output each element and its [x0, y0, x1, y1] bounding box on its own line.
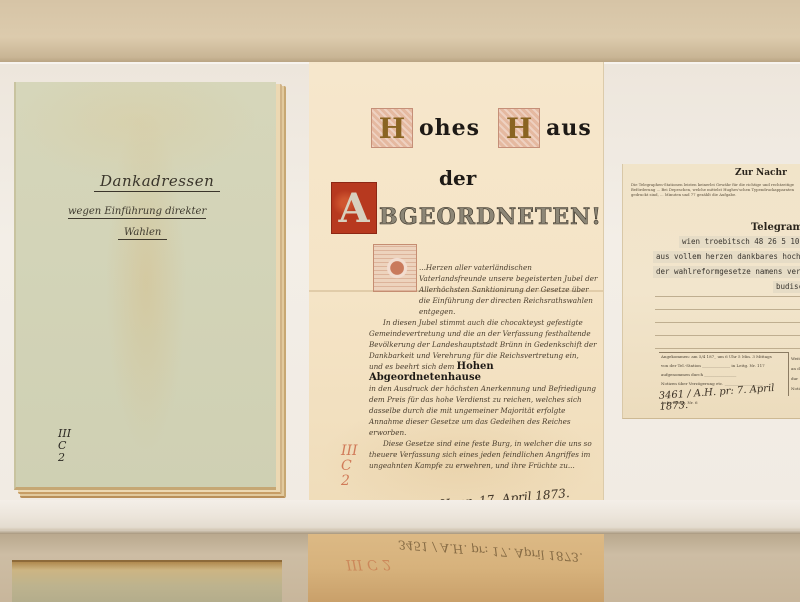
- paragraph: in den Ausdruck der höchsten Anerkennung…: [369, 383, 599, 438]
- folder-subtitle-2: Wahlen: [118, 227, 167, 240]
- illuminated-initial: H: [498, 108, 540, 148]
- initial-letter: A: [338, 185, 369, 232]
- illuminated-initial: H: [371, 108, 413, 148]
- telegram-document: Zur Nachr Die Telegraphen-Stationen leis…: [622, 164, 800, 419]
- form-rule: [655, 309, 800, 310]
- letter-body: ...Herzen aller vaterländischen Vaterlan…: [369, 262, 599, 471]
- initial-letter: H: [379, 112, 405, 145]
- paragraph: und es beehrt sich dem Hohen Abgeordnete…: [369, 361, 599, 383]
- reflected-registry-note: 3451 / A.H. pr: 17. April 1873.: [398, 538, 583, 565]
- paragraph: In diesen Jubel stimmt auch die chocakte…: [369, 317, 599, 361]
- heading-abgeordneten: A BGEORDNETEN!: [331, 182, 602, 234]
- folder-cover: Dankadressen wegen Einführung direkter W…: [14, 82, 276, 490]
- heading-word: aus: [546, 115, 592, 141]
- folder-subtitle: wegen Einführung direkter: [68, 206, 206, 219]
- paragraph: ...Herzen aller vaterländischen Vaterlan…: [369, 262, 599, 317]
- form-rule: [655, 322, 800, 323]
- form-rule: [655, 335, 800, 336]
- form-line: Angekommen: am 5/4 187_ um 6 Uhr 5 Min. …: [661, 354, 772, 359]
- telegram-header: Zur Nachr: [735, 168, 787, 178]
- telegram-tape-strip: der wahlreformgesetze namens verfassungs…: [653, 266, 800, 278]
- side-label: Weiter: [791, 354, 800, 364]
- illuminated-capital-a: A: [331, 182, 377, 234]
- address-document: H ohes H aus der A BGEORDNETEN! ...Herze…: [309, 62, 604, 524]
- heading-word: ohes: [419, 115, 480, 141]
- telegram-title: Telegram: [751, 222, 800, 233]
- red-archive-mark: III C 2: [341, 444, 358, 489]
- telegram-tape-strip: budische: [773, 281, 800, 293]
- form-rule: [655, 296, 800, 297]
- telegram-tape-strip: aus vollem herzen dankbares hoch dem hat: [653, 251, 800, 263]
- paragraph: Diese Gesetze sind eine feste Burg, in w…: [369, 438, 599, 471]
- folder-title: Dankadressen: [94, 172, 220, 192]
- telegram-tape-strip: wien troebitsch 48 26 5 10 53 m: [679, 236, 800, 248]
- form-line: aufgenommen durch ________________: [661, 372, 736, 377]
- heading-word: BGEORDNETEN!: [379, 204, 602, 230]
- folder-archive-mark: III C 2: [58, 428, 71, 464]
- form-line: von der Tel.-Station ______________ in L…: [661, 363, 765, 368]
- initial-letter: H: [506, 112, 532, 145]
- display-ledge: [0, 500, 800, 532]
- folder-reflection: [12, 560, 282, 602]
- document-reflection: 3451 / A.H. pr: 17. April 1873. III C 2: [308, 534, 604, 602]
- document-folder: Dankadressen wegen Einführung direkter W…: [14, 82, 286, 498]
- side-label: an d: [791, 364, 800, 374]
- text: und es beehrt sich dem: [369, 362, 454, 371]
- reflected-archive-mark: III C 2: [346, 556, 391, 572]
- telegram-fine-print: Die Telegraphen-Stationen leisten keiner…: [631, 182, 800, 197]
- heading-hohes-haus: H ohes H aus: [371, 108, 592, 148]
- form-rule: [655, 348, 800, 349]
- wall-background: [0, 0, 800, 62]
